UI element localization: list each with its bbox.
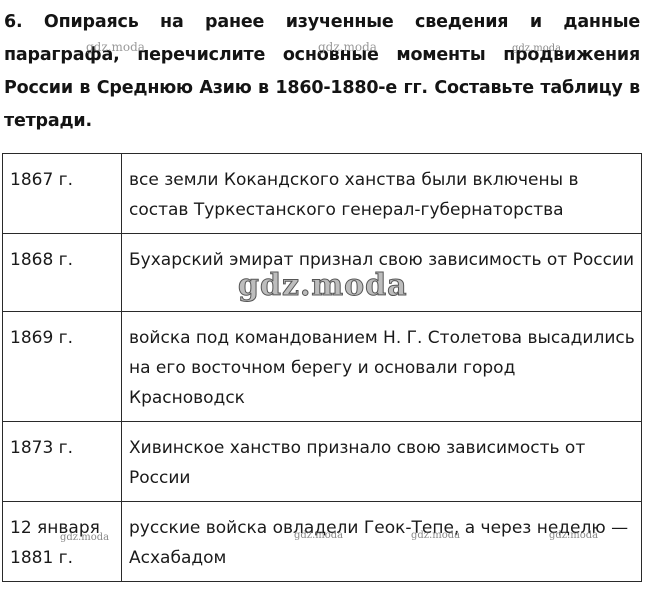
date-cell: 1868 г.: [3, 234, 122, 312]
watermark: gdz.moda: [411, 530, 460, 541]
table-row: 1873 г. Хивинское ханство признало свою …: [3, 422, 642, 502]
watermark: gdz.moda: [86, 40, 145, 54]
task-text: 6. Опираясь на ранее изученные сведения …: [4, 6, 640, 138]
event-cell: русские войска овладели Геок-Тепе, а чер…: [122, 502, 642, 582]
date-cell: 1873 г.: [3, 422, 122, 502]
event-cell: Хивинское ханство признало свою зависимо…: [122, 422, 642, 502]
table-row: 1869 г. войска под командованием Н. Г. С…: [3, 312, 642, 422]
watermark: gdz.moda: [294, 530, 343, 541]
watermark: gdz.moda: [512, 43, 561, 54]
watermark-large: gdz.moda: [238, 268, 408, 303]
watermark: gdz.moda: [60, 532, 109, 543]
table-row: 1867 г. все земли Кокандского ханства бы…: [3, 154, 642, 234]
date-cell: 1869 г.: [3, 312, 122, 422]
task-paragraph: 6. Опираясь на ранее изученные сведения …: [4, 6, 640, 138]
event-cell: войска под командованием Н. Г. Столетова…: [122, 312, 642, 422]
watermark: gdz.moda: [549, 530, 598, 541]
event-cell: все земли Кокандского ханства были включ…: [122, 154, 642, 234]
date-cell: 1867 г.: [3, 154, 122, 234]
watermark: gdz.moda: [318, 40, 377, 54]
events-table: 1867 г. все земли Кокандского ханства бы…: [2, 153, 642, 582]
